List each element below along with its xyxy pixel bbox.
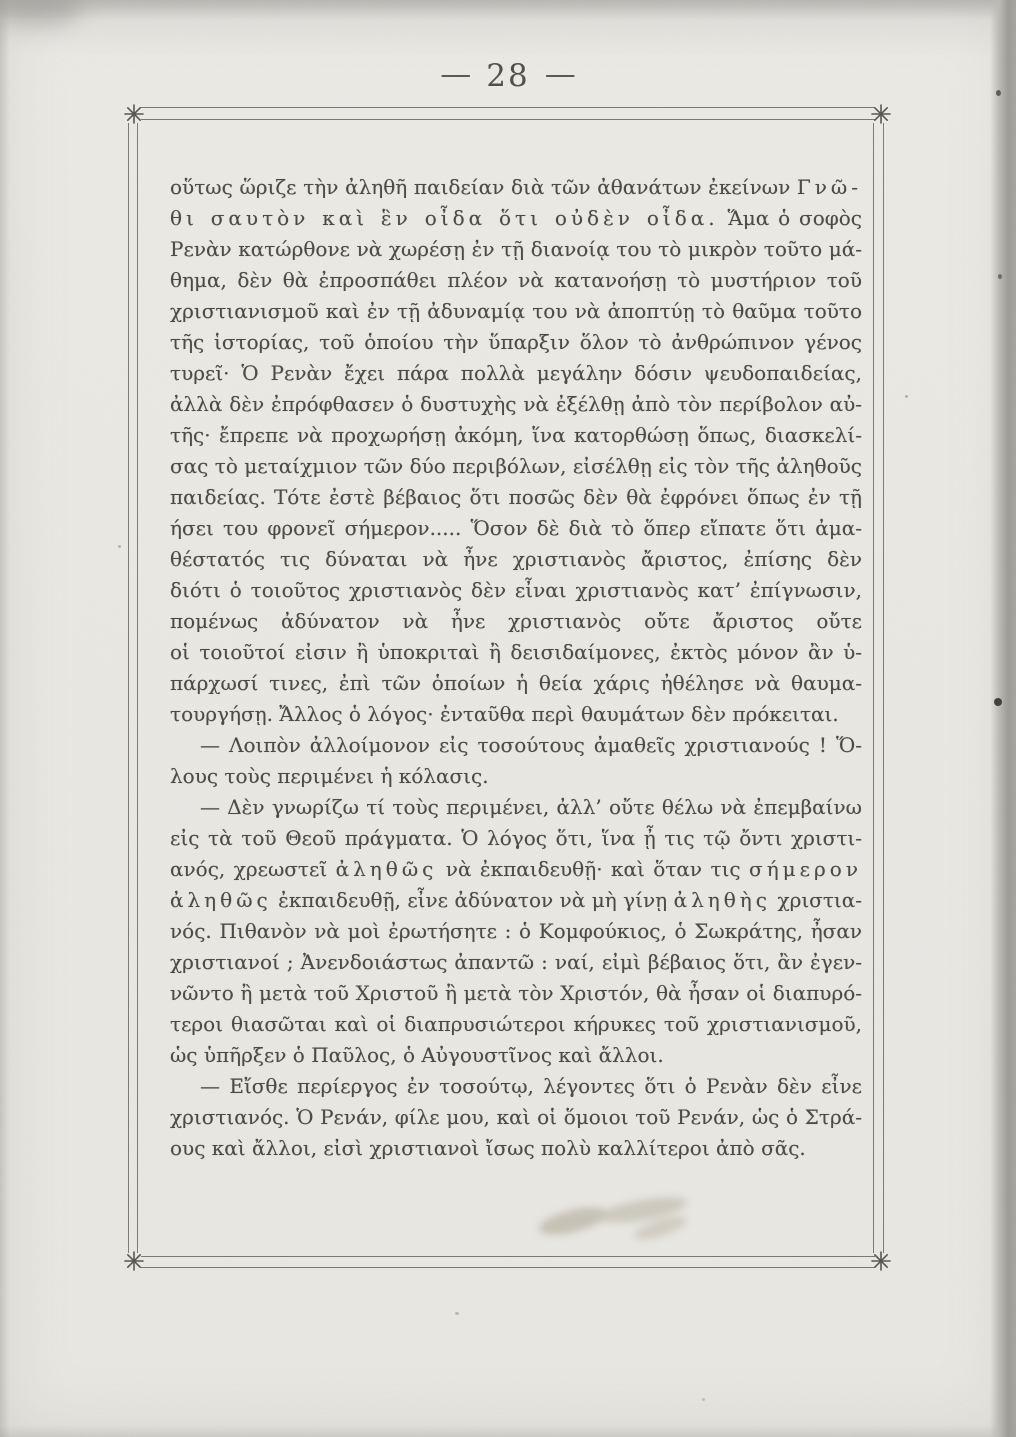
text-line: — Δὲν γνωρίζω τί τοὺς περιμένει, ἀλλ’ οὔ… <box>170 792 862 823</box>
corner-star-icon-top-right <box>871 104 891 124</box>
text-segment: ἀλλὰ δὲν ἐπρόφθασεν ὁ δυστυχὴς νὰ ἐξέλθῃ… <box>170 392 862 416</box>
text-line: νῶντο ἢ μετὰ τοῦ Χριστοῦ ἢ μετὰ τὸν Χρισ… <box>170 978 862 1009</box>
text-line: ήσει του φρονεῖ σήμερον..... Ὅσον δὲ διὰ… <box>170 513 862 544</box>
text-segment: ους καὶ ἄλλοι, εἰσὶ χριστιανοὶ ἴσως πολὺ… <box>170 1136 806 1160</box>
text-line: λους τοὺς περιμένει ἡ κόλασις. <box>170 761 862 792</box>
ink-speck <box>905 395 908 398</box>
text-segment: ήσει του φρονεῖ σήμερον..... Ὅσον δὲ διὰ… <box>170 516 862 540</box>
text-segment: χριστιανός. Ὁ Ρενάν, φίλε μου, καὶ οἱ ὅμ… <box>170 1105 862 1129</box>
page-header: —28— <box>0 58 1016 94</box>
corner-star-icon-bottom-right <box>871 1251 891 1271</box>
text-line: — Λοιπὸν ἀλλοίμονον εἰς τοσούτους ἀμαθεῖ… <box>170 730 862 761</box>
text-segment: τυρεῖ· Ὁ Ρενὰν ἔχει πάρα πολλὰ μεγάλην δ… <box>170 361 862 385</box>
text-segment: τῆς ἱστορίας, τοῦ ὁποίου τὴν ὕπαρξιν ὅλο… <box>170 330 862 358</box>
text-line: σας τὸ μεταίχμιον τῶν δύο περιβόλων, εἰσ… <box>170 451 862 482</box>
text-segment: ὡς ὑπῆρξεν ὁ Παῦλος, ὁ Αὐγουστῖνος καὶ ἄ… <box>170 1043 664 1067</box>
scan-edge-shadow-right <box>990 0 1016 1437</box>
text-segment: πομένως ἀδύνατον νὰ ἦνε χριστιανὸς οὔτε … <box>170 609 862 637</box>
text-line: Ρενὰν κατώρθονε νὰ χωρέσῃ ἐν τῇ διανοίᾳ … <box>170 234 862 265</box>
text-line: ους καὶ ἄλλοι, εἰσὶ χριστιανοὶ ἴσως πολὺ… <box>170 1133 862 1164</box>
frame-rule-left-inner <box>137 123 138 1253</box>
text-line: διότι ὁ τοιοῦτος χριστιανὸς δὲν εἶναι χρ… <box>170 575 862 606</box>
text-line: τῆς ἱστορίας, τοῦ ὁποίου τὴν ὕπαρξιν ὅλο… <box>170 327 862 358</box>
header-dash-right: — <box>545 56 576 92</box>
scan-corner-shadow <box>0 0 82 26</box>
text-segment: τουργήσῃ. Ἄλλος ὁ λόγος· ἐνταῦθα περὶ θα… <box>170 702 839 726</box>
text-line: — Εἴσθε περίεργος ἐν τοσούτῳ, λέγοντες ὅ… <box>170 1071 862 1102</box>
letterspaced-text-segment: Γνῶ- <box>797 175 862 199</box>
text-segment: χριστιανισμοῦ καὶ ἐν τῇ ἀδυναμίᾳ του νὰ … <box>170 299 862 323</box>
text-block: οὕτως ὥριζε τὴν ἀληθῆ παιδείαν διὰ τῶν ἀ… <box>170 172 862 1164</box>
text-line: οὕτως ὥριζε τὴν ἀληθῆ παιδείαν διὰ τῶν ἀ… <box>170 172 862 203</box>
text-line: πομένως ἀδύνατον νὰ ἦνε χριστιανὸς οὔτε … <box>170 606 862 637</box>
ink-speck <box>455 1312 459 1315</box>
text-line: χριστιανισμοῦ καὶ ἐν τῇ ἀδυναμίᾳ του νὰ … <box>170 296 862 327</box>
text-line: θι σαυτὸν καὶ ἓν οἶδα ὅτι οὐδὲν οἶδα. Ἅμ… <box>170 203 862 234</box>
text-segment: νός. Πιθανὸν νὰ μοὶ ἐρωτήσητε : ὁ Κομφού… <box>170 919 862 943</box>
text-segment: διότι ὁ τοιοῦτος χριστιανὸς δὲν εἶναι χρ… <box>170 578 862 606</box>
text-line: χριστιανοί ; Ἀνενδοιάστως ἀπαντῶ : ναί, … <box>170 947 862 978</box>
text-line: τῆς· ἔπρεπε νὰ προχωρήσῃ ἀκόμη, ἵνα κατο… <box>170 420 862 451</box>
text-segment: ανός, χρεωστεῖ <box>170 857 336 881</box>
ink-speck <box>996 90 1001 96</box>
text-segment: εἰς τὰ τοῦ Θεοῦ πράγματα. Ὁ λόγος ὅτι, ἵ… <box>170 826 862 850</box>
ink-smudge <box>528 1192 708 1252</box>
letterspaced-text-segment: θι σαυτὸν καὶ ἓν οἶδα ὅτι οὐδὲν οἶδα. <box>170 206 719 230</box>
scan-edge-shadow-bottom <box>0 1425 1016 1437</box>
text-segment: θημα, δὲν θὰ ἐπροσπάθει πλέον νὰ κατανοή… <box>170 268 862 292</box>
text-segment: πάρχωσί τινες, ἐπὶ τῶν ὁποίων ἡ θεία χάρ… <box>170 671 862 695</box>
letterspaced-text-segment: ἀληθῶς <box>170 888 272 912</box>
text-line: τυρεῖ· Ὁ Ρενὰν ἔχει πάρα πολλὰ μεγάλην δ… <box>170 358 862 389</box>
text-line: οἱ τοιοῦτοί εἰσιν ἢ ὑποκριταὶ ἢ δεισιδαί… <box>170 637 862 668</box>
text-line: χριστιανός. Ὁ Ρενάν, φίλε μου, καὶ οἱ ὅμ… <box>170 1102 862 1133</box>
frame-rule-bottom-outer <box>141 1267 875 1268</box>
page-number: 28 <box>486 58 529 94</box>
text-segment: τῆς· ἔπρεπε νὰ προχωρήσῃ ἀκόμη, ἵνα κατο… <box>170 423 862 447</box>
text-line: τουργήσῃ. Ἄλλος ὁ λόγος· ἐνταῦθα περὶ θα… <box>170 699 862 730</box>
text-segment: — Λοιπὸν ἀλλοίμονον εἰς τοσούτους ἀμαθεῖ… <box>200 733 862 757</box>
text-segment: νὰ ἐκπαιδευθῇ· καὶ ὅταν τις <box>437 857 749 881</box>
text-line: ἀληθῶς ἐκπαιδευθῇ, εἶνε ἀδύνατον νὰ μὴ γ… <box>170 885 862 916</box>
frame-rule-right-outer <box>883 123 884 1253</box>
ink-speck <box>994 698 1002 706</box>
scanned-page: —28— οὕτως ὥριζε τὴν ἀληθῆ παιδείαν διὰ … <box>0 0 1016 1437</box>
text-segment: σας τὸ μεταίχμιον τῶν δύο περιβόλων, εἰσ… <box>170 454 862 478</box>
letterspaced-text-segment: ἀληθῶς <box>336 857 438 881</box>
header-dash-left: — <box>440 56 471 92</box>
text-segment: — Δὲν γνωρίζω τί τοὺς περιμένει, ἀλλ’ οὔ… <box>200 795 862 819</box>
text-segment: οἱ τοιοῦτοί εἰσιν ἢ ὑποκριταὶ ἢ δεισιδαί… <box>170 640 862 664</box>
frame-rule-bottom-inner <box>141 1256 875 1257</box>
frame-rule-top-outer <box>141 107 875 108</box>
text-segment: νῶντο ἢ μετὰ τοῦ Χριστοῦ ἢ μετὰ τὸν Χρισ… <box>170 981 862 1005</box>
text-segment: χριστιανοί ; Ἀνενδοιάστως ἀπαντῶ : ναί, … <box>170 950 862 974</box>
text-line: εἰς τὰ τοῦ Θεοῦ πράγματα. Ὁ λόγος ὅτι, ἵ… <box>170 823 862 854</box>
text-segment: — Εἴσθε περίεργος ἐν τοσούτῳ, λέγοντες ὅ… <box>200 1074 862 1098</box>
corner-star-icon-bottom-left <box>124 1251 144 1271</box>
text-line: παιδείας. Τότε ἐστὲ βέβαιος ὅτι ποσῶς δὲ… <box>170 482 862 513</box>
text-segment: Ρενὰν κατώρθονε νὰ χωρέσῃ ἐν τῇ διανοίᾳ … <box>170 237 862 261</box>
text-segment: οὕτως ὥριζε τὴν ἀληθῆ παιδείαν διὰ τῶν ἀ… <box>170 175 797 199</box>
ink-speck <box>702 1398 705 1401</box>
text-line: νός. Πιθανὸν νὰ μοὶ ἐρωτήσητε : ὁ Κομφού… <box>170 916 862 947</box>
text-segment: παιδείας. Τότε ἐστὲ βέβαιος ὅτι ποσῶς δὲ… <box>170 485 862 513</box>
scan-edge-shadow-top <box>0 0 1016 20</box>
text-segment: ἐκπαιδευθῇ, εἶνε ἀδύνατον νὰ μὴ γίνῃ <box>272 888 674 912</box>
text-line: θημα, δὲν θὰ ἐπροσπάθει πλέον νὰ κατανοή… <box>170 265 862 296</box>
frame-rule-right-inner <box>873 123 874 1253</box>
text-line: ἀλλὰ δὲν ἐπρόφθασεν ὁ δυστυχὴς νὰ ἐξέλθῃ… <box>170 389 862 420</box>
frame-rule-left-outer <box>128 123 129 1253</box>
letterspaced-text-segment: ἀληθὴς <box>674 888 771 912</box>
text-line: ὡς ὑπῆρξεν ὁ Παῦλος, ὁ Αὐγουστῖνος καὶ ἄ… <box>170 1040 862 1071</box>
letterspaced-text-segment: σήμερον <box>749 857 862 881</box>
text-line: θέστατός τις δύναται νὰ ἦνε χριστιανὸς ἄ… <box>170 544 862 575</box>
ink-speck <box>998 274 1002 279</box>
text-segment: λους τοὺς περιμένει ἡ κόλασις. <box>170 764 489 788</box>
text-segment: τεροι θιασῶται καὶ οἱ διαπρυσιώτεροι κήρ… <box>170 1012 862 1036</box>
scan-edge-shadow-left <box>0 0 10 1437</box>
text-line: ανός, χρεωστεῖ ἀληθῶς νὰ ἐκπαιδευθῇ· καὶ… <box>170 854 862 885</box>
corner-star-icon-top-left <box>124 104 144 124</box>
text-segment: θέστατός τις δύναται νὰ ἦνε χριστιανὸς ἄ… <box>170 547 862 575</box>
text-line: πάρχωσί τινες, ἐπὶ τῶν ὁποίων ἡ θεία χάρ… <box>170 668 862 699</box>
text-segment: Ἅμα ὁ σοφὸς <box>719 206 862 230</box>
text-line: τεροι θιασῶται καὶ οἱ διαπρυσιώτεροι κήρ… <box>170 1009 862 1040</box>
text-segment: χριστια- <box>771 888 862 912</box>
ink-speck <box>118 545 121 548</box>
frame-rule-top-inner <box>141 119 875 120</box>
